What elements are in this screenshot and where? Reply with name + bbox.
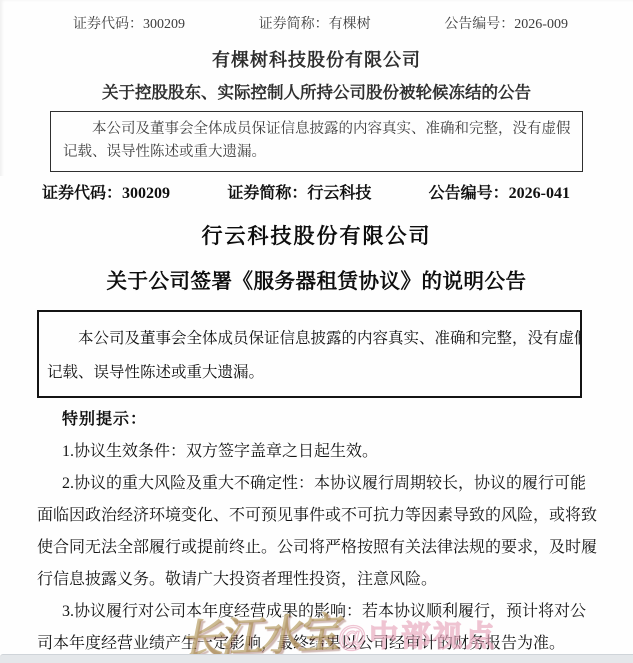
doc1-disclaimer-box: 本公司及董事会全体成员保证信息披露的内容真实、准确和完整，没有虚假 记载、误导性…: [50, 111, 583, 172]
doc1-security-code: 证券代码：300209: [73, 13, 185, 33]
doc2-header-row: 证券代码：300209 证券简称：行云科技 公告编号：2026-041: [42, 180, 570, 203]
doc2-disclaimer-line: 记载、误导性陈述或重大遗漏。: [47, 356, 572, 390]
doc1-announcement: 证券代码：300209 证券简称：有棵树 公告编号：2026-009 有棵树科技…: [0, 0, 633, 176]
announcement-page: 证券代码：300209 证券简称：有棵树 公告编号：2026-009 有棵树科技…: [0, 0, 633, 663]
doc1-subject-title: 关于控股股东、实际控制人所持公司股份被轮候冻结的公告: [0, 79, 633, 103]
body-line: 行信息披露义务。敬请广大投资者理性投资，注意风险。: [37, 564, 597, 596]
body-line: 面临因政治经济环境变化、不可预见事件或不可抗力等因素导致的风险，或将致: [37, 500, 597, 532]
bottom-edge-bar: [0, 654, 633, 663]
doc1-disclaimer-line: 记载、误导性陈述或重大遗漏。: [63, 141, 570, 164]
doc2-notice-number: 公告编号：2026-041: [429, 180, 570, 203]
body-line: 3.协议履行对公司本年度经营成果的影响：若本协议顺利履行，预计将对公: [37, 596, 597, 628]
doc1-notice-number: 公告编号：2026-009: [444, 13, 568, 33]
doc2-security-name: 证券简称：行云科技: [227, 180, 371, 203]
doc2-disclaimer-box: 本公司及董事会全体成员保证信息披露的内容真实、准确和完整，没有虚假 记载、误导性…: [37, 310, 582, 398]
doc2-announcement: 证券代码：300209 证券简称：行云科技 公告编号：2026-041 行云科技…: [0, 176, 633, 663]
doc2-security-code: 证券代码：300209: [42, 180, 170, 203]
doc1-security-name: 证券简称：有棵树: [259, 13, 371, 33]
doc1-disclaimer-line: 本公司及董事会全体成员保证信息披露的内容真实、准确和完整，没有虚假: [63, 118, 570, 141]
body-line: 1.协议生效条件：双方签字盖章之日起生效。: [37, 436, 597, 468]
doc1-company-title: 有棵树科技股份有限公司: [0, 46, 633, 72]
doc2-subject-title: 关于公司签署《服务器租赁协议》的说明公告: [0, 264, 633, 294]
body-line: 使合同无法全部履行或提前终止。公司将严格按照有关法律法规的要求，及时履: [37, 532, 597, 564]
doc2-company-title: 行云科技股份有限公司: [0, 220, 633, 250]
doc1-header-row: 证券代码：300209 证券简称：有棵树 公告编号：2026-009: [73, 13, 568, 33]
special-notice-heading: 特别提示：: [37, 404, 597, 436]
doc2-disclaimer-line: 本公司及董事会全体成员保证信息披露的内容真实、准确和完整，没有虚假: [47, 322, 572, 356]
doc2-body: 特别提示： 1.协议生效条件：双方签字盖章之日起生效。 2.协议的重大风险及重大…: [37, 404, 597, 660]
body-line: 2.协议的重大风险及重大不确定性：本协议履行周期较长，协议的履行可能: [37, 468, 597, 500]
